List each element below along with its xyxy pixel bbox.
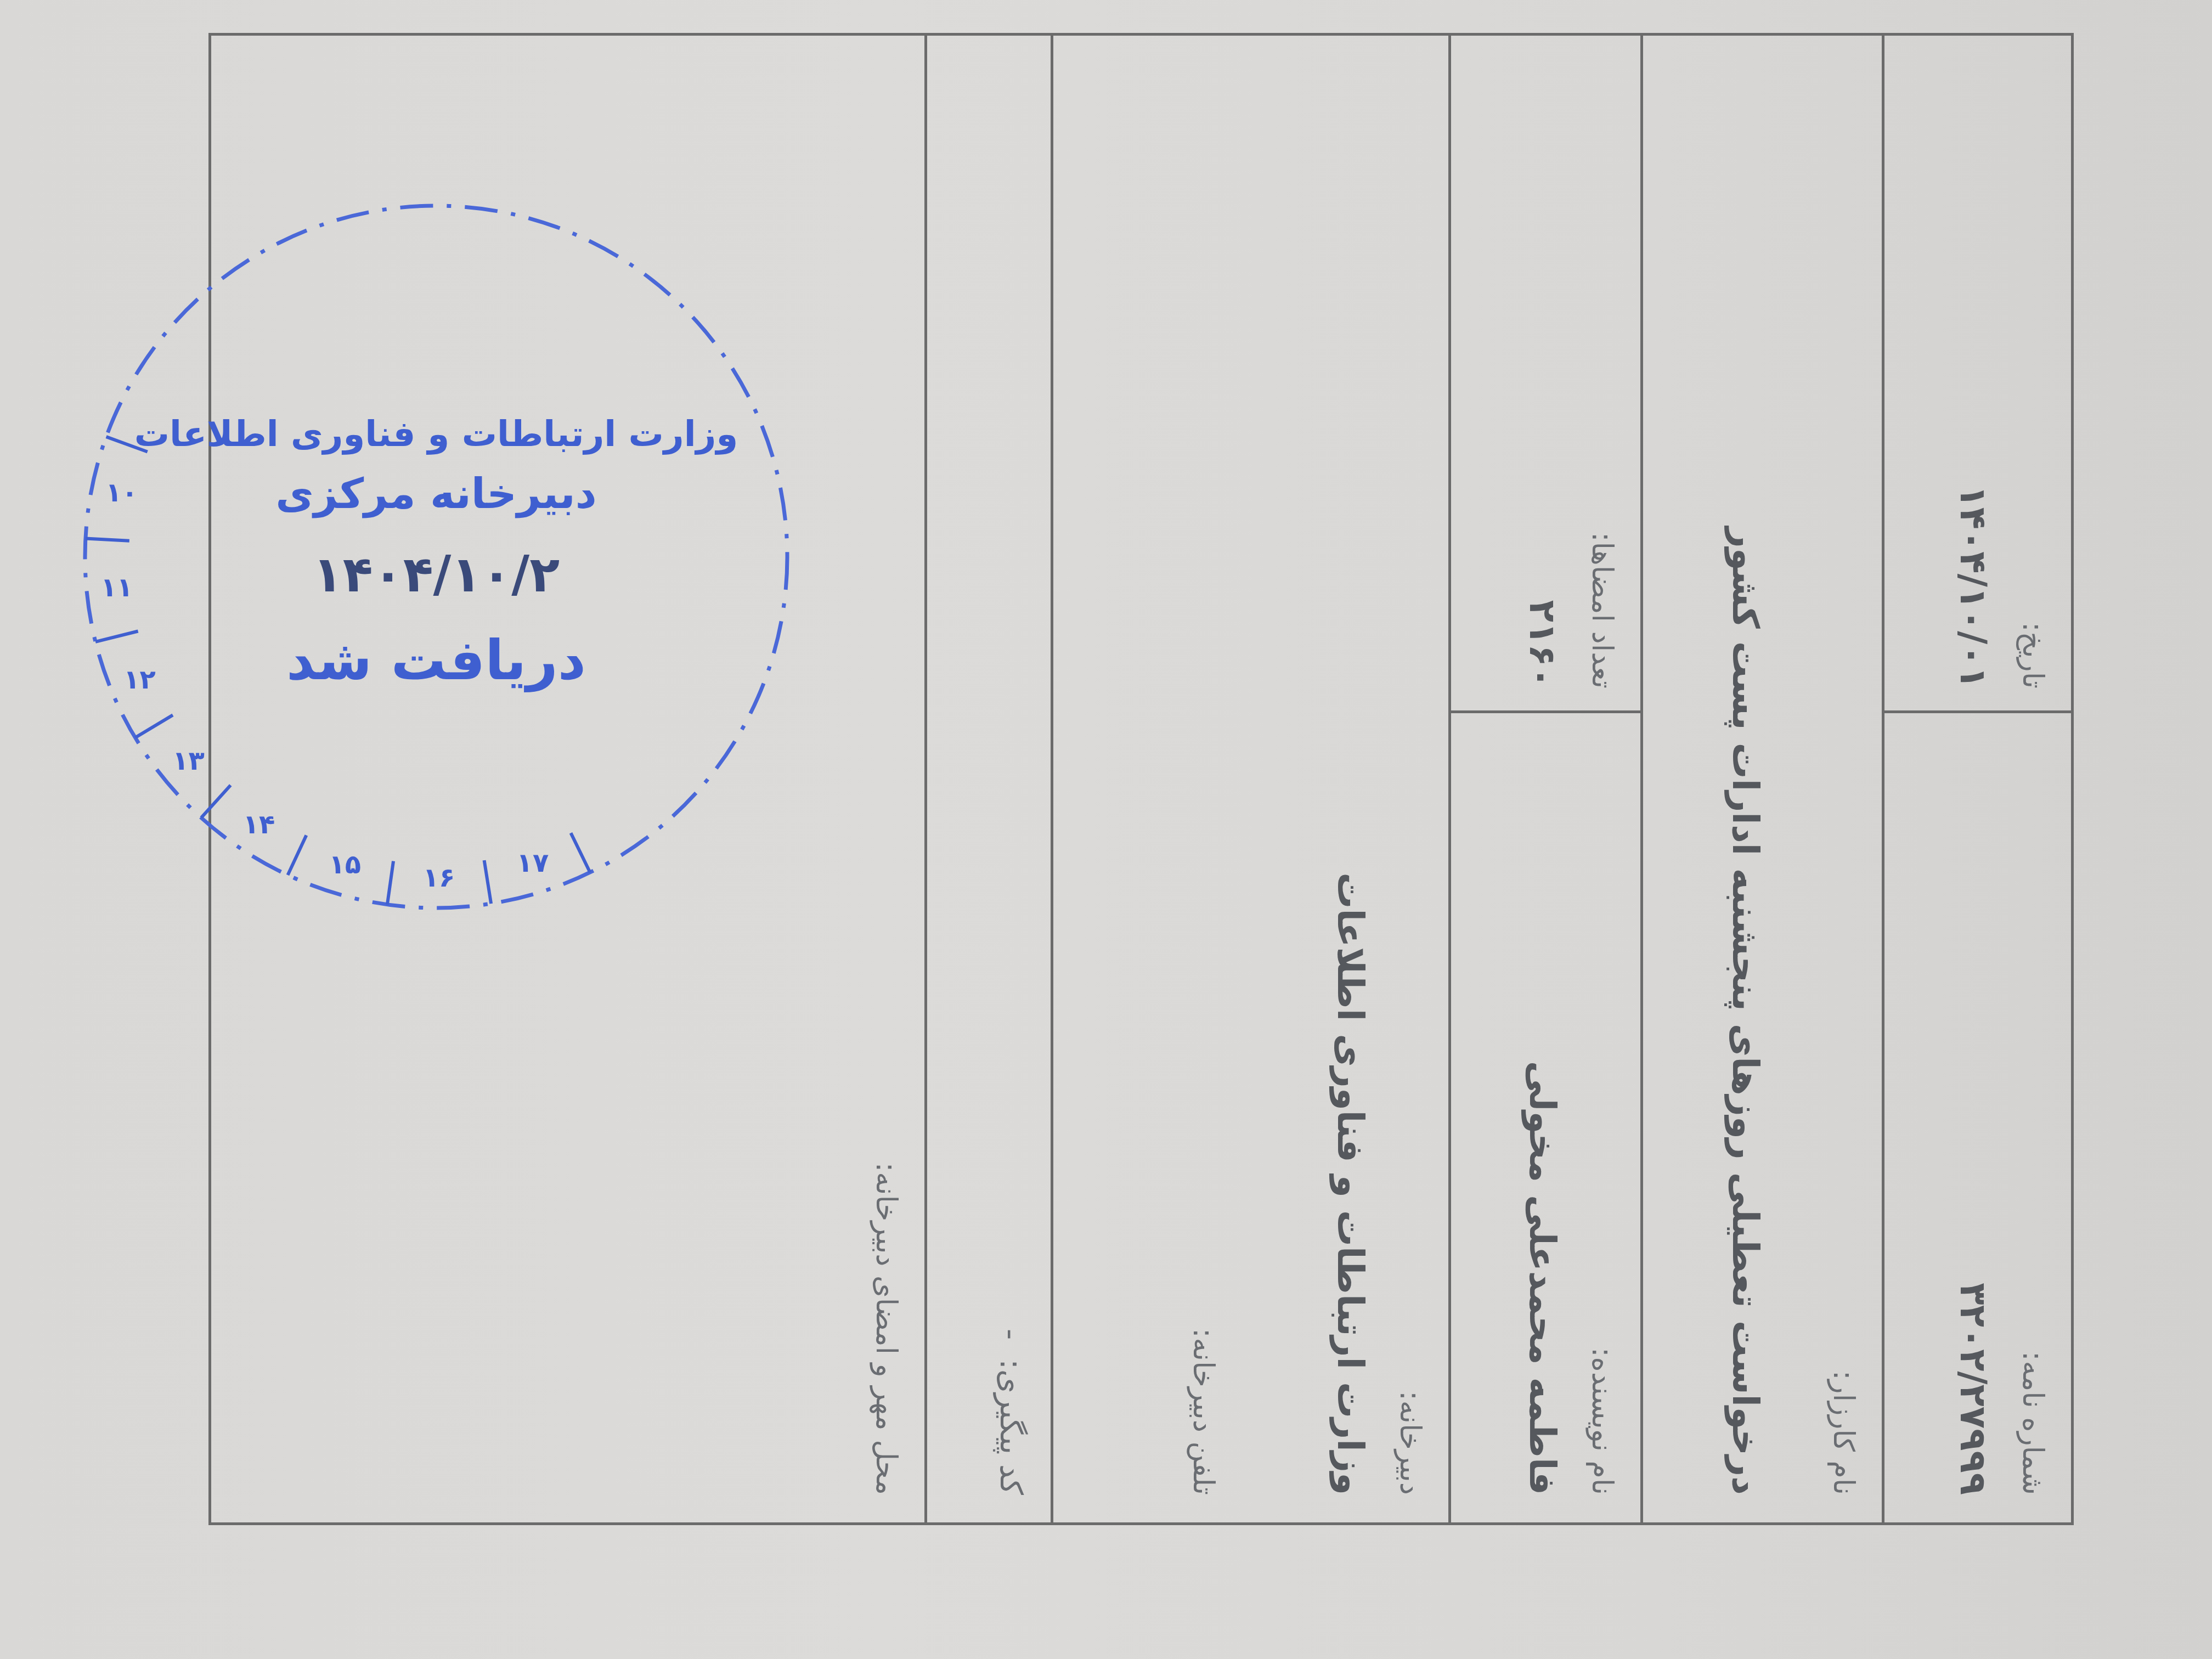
stamp-department: دبیرخانه مرکزی [52,469,820,518]
campaign-name-label: نام کارزار: [1827,63,1860,1495]
svg-text:۱۷: ۱۷ [517,848,549,878]
row-letter-info: شماره نامه: ۳۲۰۲/۲۷۹۹۹ تاریخ: ۱۴۰۴/۱۰/۰۱ [1882,36,2071,1522]
petition-receipt-form: شماره نامه: ۳۲۰۲/۲۷۹۹۹ تاریخ: ۱۴۰۴/۱۰/۰۱… [208,33,2074,1525]
svg-text:۱۴: ۱۴ [243,809,275,840]
received-stamp: ۱۰۱۱۱۲۱۳۱۴۱۵۱۶۱۷ وزارت ارتباطات و فناوری… [52,173,820,941]
author-cell: نام نویسنده: فاطمه محمدعلی مخولی [1451,710,1640,1522]
svg-text:۱۳: ۱۳ [172,746,205,776]
letter-number-label: شماره نامه: [2016,741,2049,1495]
secretariat-cell: دبیرخانه: وزارت ارتباطات و فناوری اطلاعا… [1053,36,1448,1522]
tracking-code-label: کد پیگیری: [993,1359,1029,1495]
stamp-date: ۱۴۰۴/۱۰/۲ [52,546,820,603]
row-author: نام نویسنده: فاطمه محمدعلی مخولی تعداد ا… [1448,36,1640,1522]
signature-count-value: ۲۱۶۰ [1521,63,1564,689]
stamp-area-label: محل مهر و امضای دبیرخانه: [870,63,902,1495]
tracking-code-value: - [993,1329,1029,1340]
row-campaign: نام کارزار: درخواست تعطیلی روزهای پنجشنب… [1640,36,1882,1522]
date-label: تاریخ: [2016,63,2049,689]
date-cell: تاریخ: ۱۴۰۴/۱۰/۰۱ [1884,36,2071,716]
secretariat-label: دبیرخانه: [1393,63,1426,1495]
secretariat-phone-label: تلفن دبیرخانه: [1187,63,1220,1495]
signature-count-cell: تعداد امضاها: ۲۱۶۰ [1451,36,1640,716]
letter-number-value: ۳۲۰۲/۲۷۹۹۹ [1952,741,1994,1495]
tracking-cell: کد پیگیری: - [927,36,1051,1522]
rotated-document: شماره نامه: ۳۲۰۲/۲۷۹۹۹ تاریخ: ۱۴۰۴/۱۰/۰۱… [208,33,2074,1525]
row-tracking: کد پیگیری: - [924,36,1051,1522]
letter-number-cell: شماره نامه: ۳۲۰۲/۲۷۹۹۹ [1884,710,2071,1522]
campaign-name-value: درخواست تعطیلی روزهای پنجشنبه ادارات پست… [1724,63,1767,1495]
author-value: فاطمه محمدعلی مخولی [1521,741,1564,1495]
author-label: نام نویسنده: [1585,741,1618,1495]
row-secretariat: دبیرخانه: وزارت ارتباطات و فناوری اطلاعا… [1051,36,1448,1522]
signature-count-label: تعداد امضاها: [1585,63,1618,689]
date-value: ۱۴۰۴/۱۰/۰۱ [1952,63,1994,689]
secretariat-value: وزارت ارتباطات و فناوری اطلاعات [1329,63,1372,1495]
svg-text:۱۶: ۱۶ [423,862,455,893]
campaign-cell: نام کارزار: درخواست تعطیلی روزهای پنجشنب… [1643,36,1882,1522]
svg-text:۱۵: ۱۵ [329,849,362,880]
stamp-organization: وزارت ارتباطات و فناوری اطلاعات [52,414,820,455]
stamp-status: دریافت شد [52,628,820,692]
